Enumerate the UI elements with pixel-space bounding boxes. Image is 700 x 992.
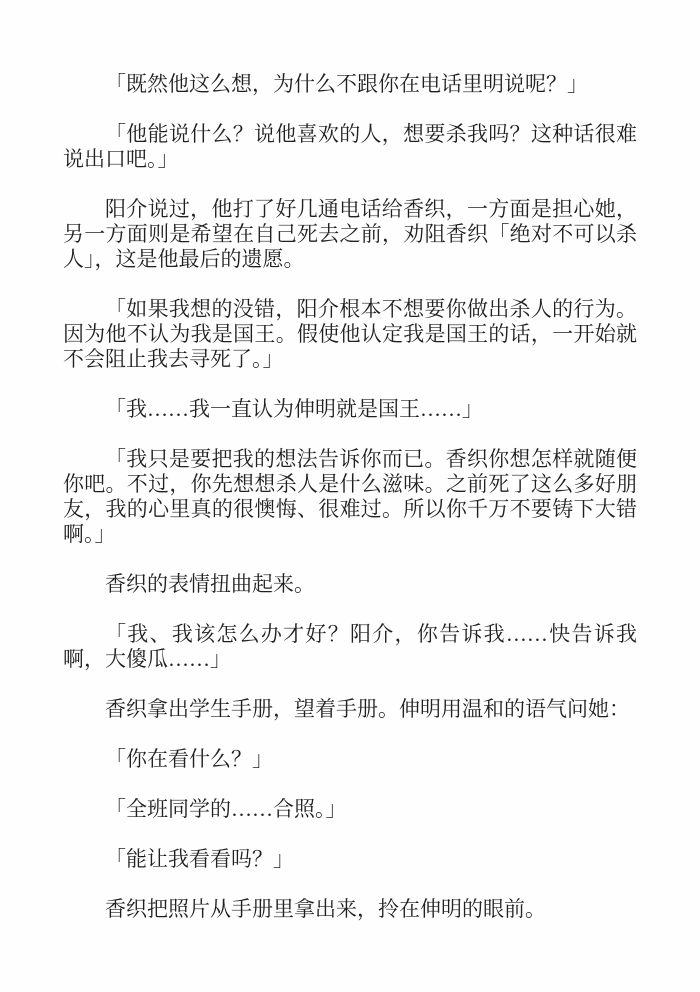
paragraph: 阳介说过，他打了好几通电话给香织，一方面是担心她，另一方面则是希望在自己死去之前…	[63, 197, 637, 272]
paragraph: 香织的表情扭曲起来。	[63, 572, 637, 597]
paragraph: 「我、我该怎么办才好？阳介，你告诉我……快告诉我啊，大傻瓜……」	[63, 622, 637, 672]
paragraph: 「我……我一直认为伸明就是国王……」	[63, 397, 637, 422]
paragraph: 「能让我看看吗？」	[63, 847, 637, 872]
paragraph: 香织把照片从手册里拿出来，拎在伸明的眼前。	[63, 897, 637, 922]
paragraph: 「如果我想的没错，阳介根本不想要你做出杀人的行为。因为他不认为我是国王。假使他认…	[63, 297, 637, 372]
paragraph: 「全班同学的……合照。」	[63, 797, 637, 822]
paragraph: 香织拿出学生手册，望着手册。伸明用温和的语气问她：	[63, 697, 637, 722]
paragraph: 「你在看什么？」	[63, 747, 637, 772]
paragraph: 「他能说什么？说他喜欢的人，想要杀我吗？这种话很难说出口吧。」	[63, 122, 637, 172]
paragraph: 「我只是要把我的想法告诉你而已。香织你想怎样就随便你吧。不过，你先想想杀人是什么…	[63, 447, 637, 547]
paragraph: 「既然他这么想，为什么不跟你在电话里明说呢？」	[63, 72, 637, 97]
book-page: 「既然他这么想，为什么不跟你在电话里明说呢？」 「他能说什么？说他喜欢的人，想要…	[0, 0, 700, 992]
